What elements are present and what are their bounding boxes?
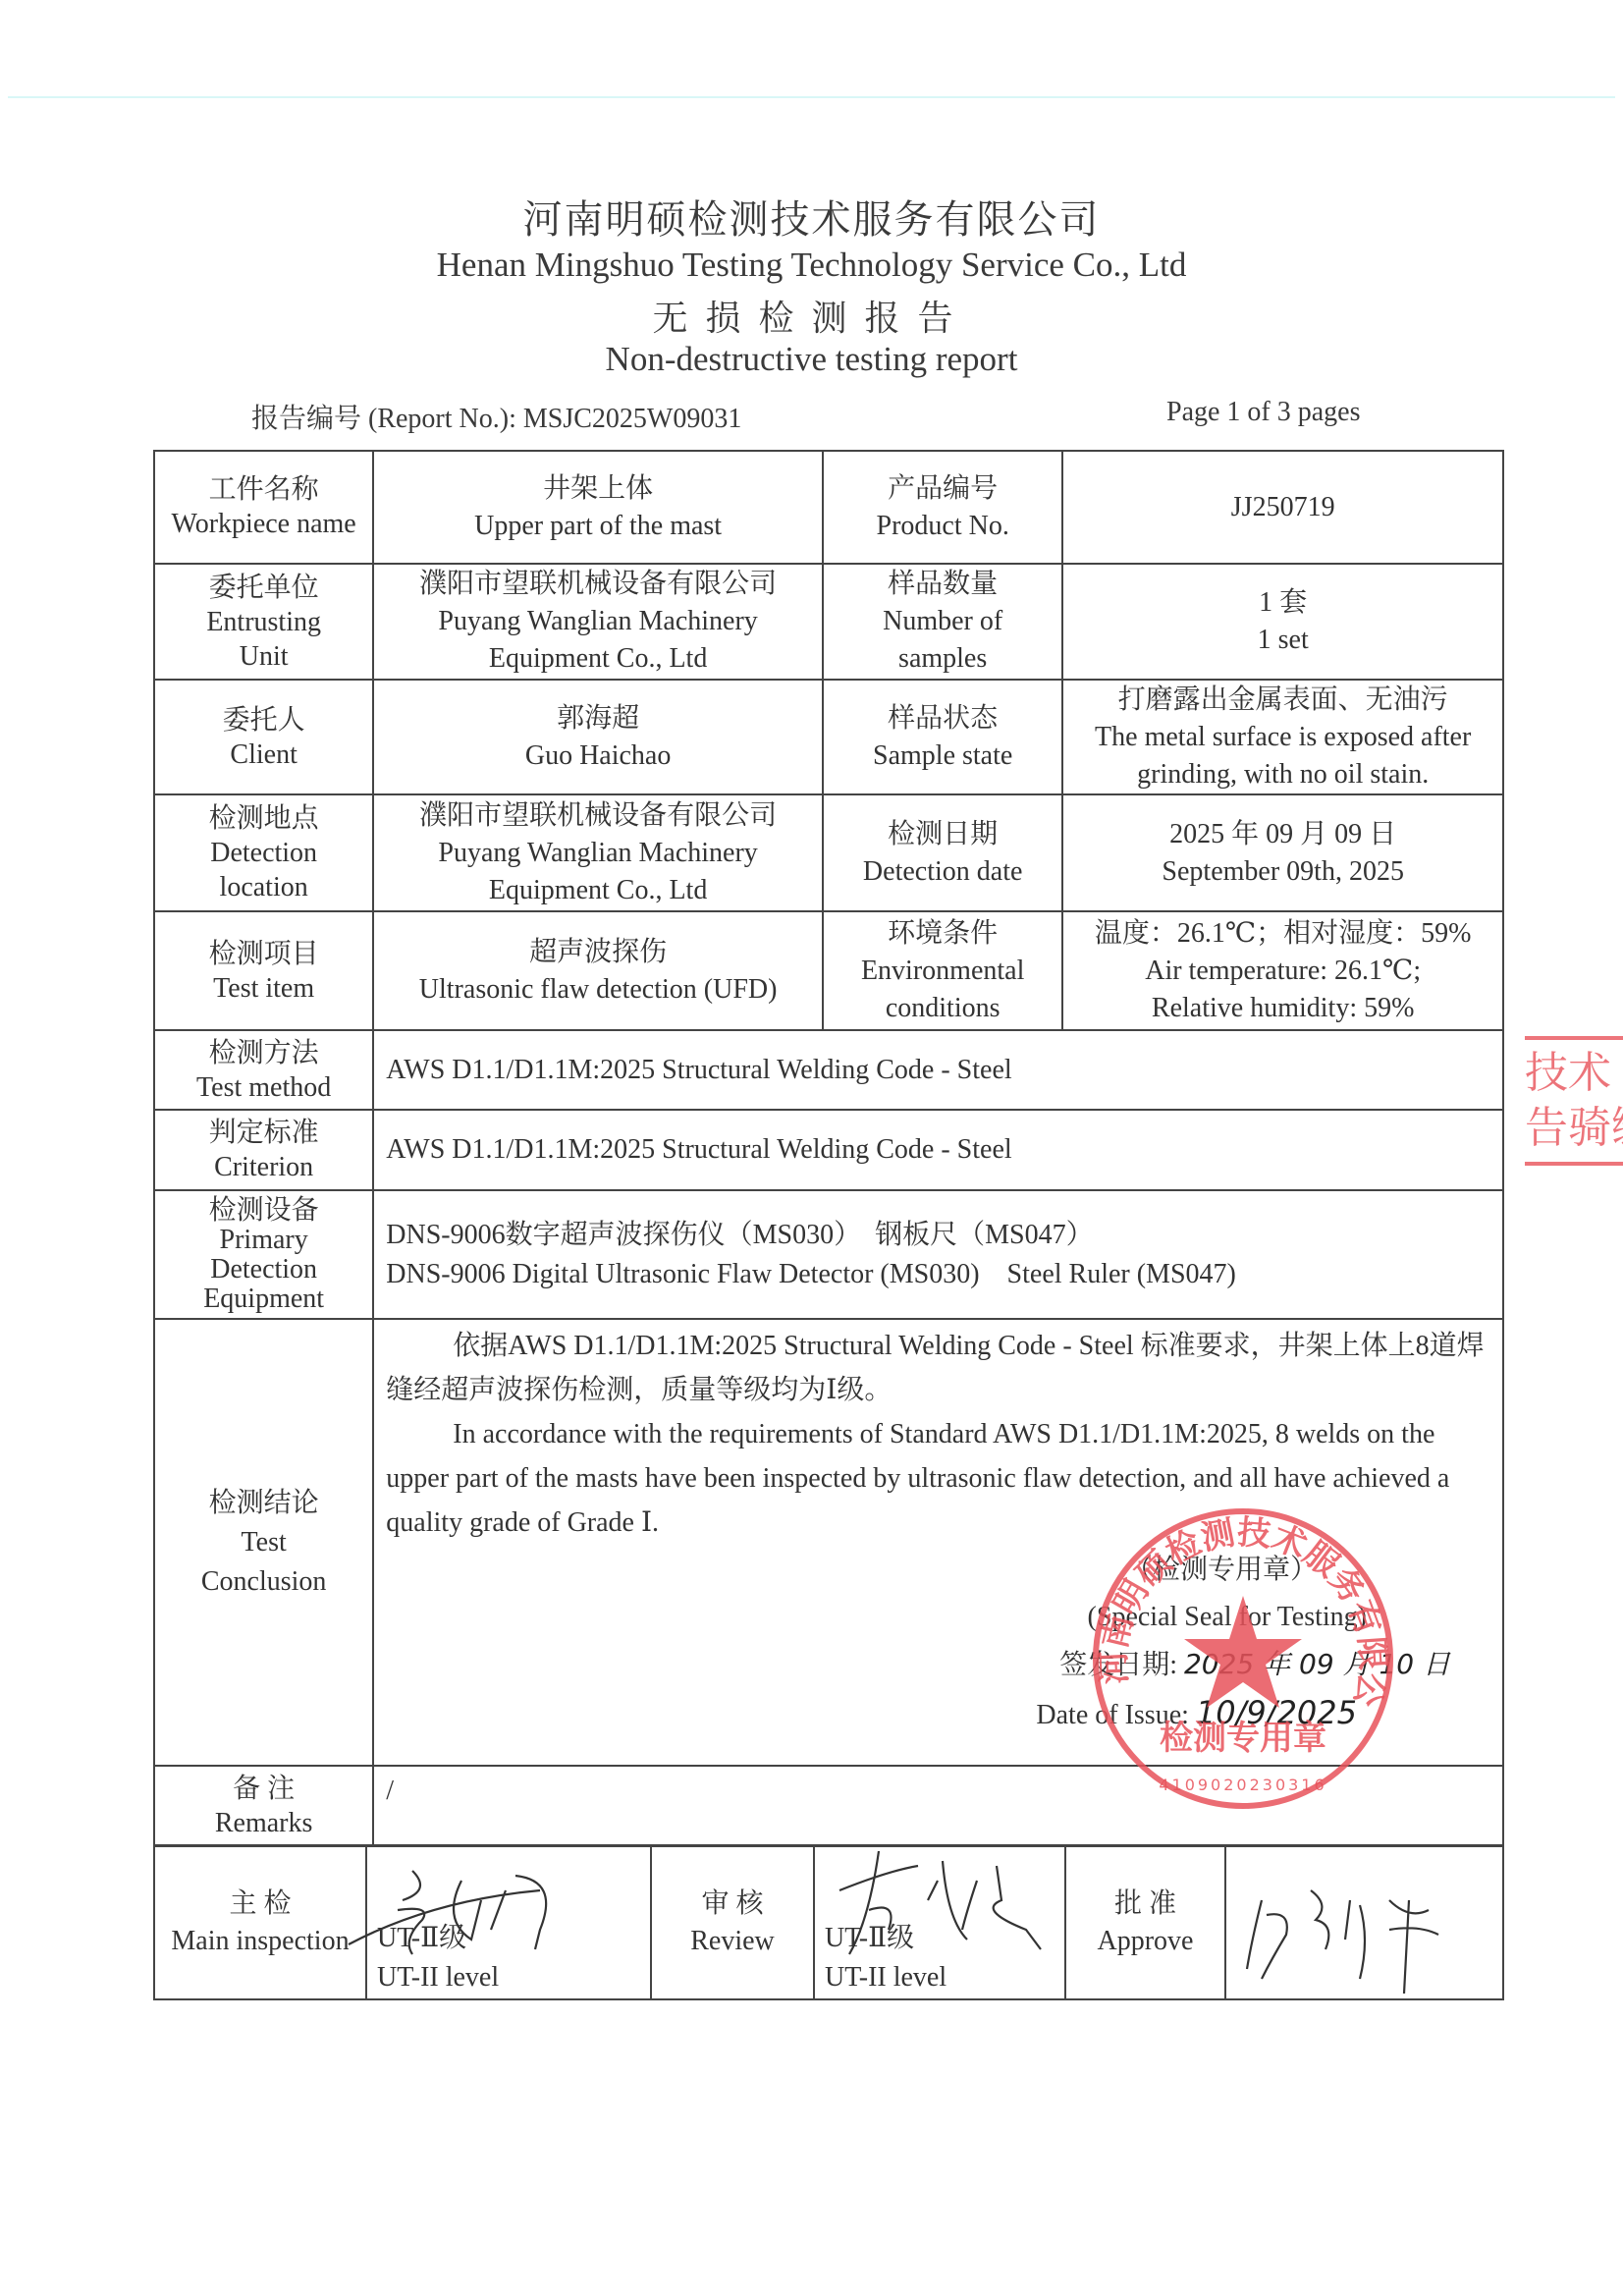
review-level: UT-Ⅱ级UT-II level (814, 1846, 1065, 1999)
client-value: 郭海超Guo Haichao (373, 680, 823, 794)
table-row: 委托单位Entrusting Unit 濮阳市望联机械设备有限公司Puyang … (154, 564, 1503, 680)
sample-count-label: 样品数量Number of samples (823, 564, 1062, 680)
sample-count-value: 1 套1 set (1062, 564, 1503, 680)
report-title-en: Non-destructive testing report (0, 340, 1623, 379)
detection-date-label: 检测日期Detection date (823, 794, 1062, 911)
detection-location-label: 检测地点Detection location (154, 794, 373, 911)
equipment-value: DNS-9006数字超声波探伤仪（MS030） 钢板尺（MS047）DNS-90… (373, 1190, 1503, 1319)
workpiece-label: 工件名称Workpiece name (154, 451, 373, 564)
table-row: 检测结论Test Conclusion 依据AWS D1.1/D1.1M:202… (154, 1319, 1503, 1766)
report-title-cn: 无损检测报告 (0, 291, 1623, 341)
report-table: 工件名称Workpiece name 井架上体Upper part of the… (153, 450, 1504, 1846)
detection-date-value: 2025 年 09 月 09 日September 09th, 2025 (1062, 794, 1503, 911)
criterion-value: AWS D1.1/D1.1M:2025 Structural Welding C… (373, 1110, 1503, 1190)
signature-row: 主 检Main inspection UT-Ⅱ级UT-II level 审 核R… (154, 1846, 1503, 1999)
sample-state-label: 样品状态Sample state (823, 680, 1062, 794)
criterion-label: 判定标准Criterion (154, 1110, 373, 1190)
product-no-value: JJ250719 (1062, 451, 1503, 564)
table-row: 检测地点Detection location 濮阳市望联机械设备有限公司Puya… (154, 794, 1503, 911)
report-number-value: MSJC2025W09031 (523, 404, 741, 434)
environment-value: 温度：26.1℃；相对湿度：59%Air temperature: 26.1℃;… (1062, 911, 1503, 1030)
main-inspection-label: 主 检Main inspection (154, 1846, 366, 1999)
remarks-value: / (373, 1766, 1503, 1845)
entrusting-unit-value: 濮阳市望联机械设备有限公司Puyang Wanglian Machinery E… (373, 564, 823, 680)
approve-label: 批 准Approve (1065, 1846, 1225, 1999)
table-row: 检测方法Test method AWS D1.1/D1.1M:2025 Stru… (154, 1030, 1503, 1110)
remarks-label: 备 注Remarks (154, 1766, 373, 1845)
test-method-value: AWS D1.1/D1.1M:2025 Structural Welding C… (373, 1030, 1503, 1110)
approve-signature-cell (1225, 1846, 1503, 1999)
test-item-value: 超声波探伤Ultrasonic flaw detection (UFD) (373, 911, 823, 1030)
company-name-cn: 河南明硕检测技术服务有限公司 (0, 189, 1623, 245)
conclusion-value: 依据AWS D1.1/D1.1M:2025 Structural Welding… (373, 1319, 1503, 1766)
equipment-label: 检测设备Primary Detection Equipment (154, 1190, 373, 1319)
test-method-label: 检测方法Test method (154, 1030, 373, 1110)
report-number-label: 报告编号 (Report No.): (251, 404, 516, 434)
seal-caption: （检测专用章） (Special Seal for Testing) 签发日期:… (386, 1547, 1485, 1739)
conclusion-text-en: In accordance with the requirements of S… (386, 1412, 1485, 1545)
table-row: 工件名称Workpiece name 井架上体Upper part of the… (154, 451, 1503, 564)
detection-location-value: 濮阳市望联机械设备有限公司Puyang Wanglian Machinery E… (373, 794, 823, 911)
sample-state-value: 打磨露出金属表面、无油污The metal surface is exposed… (1062, 680, 1503, 794)
signature-table: 主 检Main inspection UT-Ⅱ级UT-II level 审 核R… (153, 1845, 1504, 2000)
table-row: 委托人Client 郭海超Guo Haichao 样品状态Sample stat… (154, 680, 1503, 794)
table-row: 备 注Remarks / (154, 1766, 1503, 1845)
client-label: 委托人Client (154, 680, 373, 794)
report-number: 报告编号 (Report No.): MSJC2025W09031 (251, 397, 741, 436)
table-row: 检测项目Test item 超声波探伤Ultrasonic flaw detec… (154, 911, 1503, 1030)
issue-date-cn: 签发日期: 2025 年 09 月 10 日 (386, 1641, 1450, 1689)
cross-page-seal-fragment: 技术 告骑缝 (1525, 1036, 1623, 1191)
conclusion-label: 检测结论Test Conclusion (154, 1319, 373, 1766)
page-info: Page 1 of 3 pages (1166, 397, 1361, 428)
environment-label: 环境条件Environmental conditions (823, 911, 1062, 1030)
test-item-label: 检测项目Test item (154, 911, 373, 1030)
company-name-en: Henan Mingshuo Testing Technology Servic… (0, 246, 1623, 285)
main-inspection-level: UT-Ⅱ级UT-II level (366, 1846, 651, 1999)
issue-date-en: Date of Issue: 10/9/2025 (386, 1689, 1357, 1739)
table-row: 检测设备Primary Detection Equipment DNS-9006… (154, 1190, 1503, 1319)
table-row: 判定标准Criterion AWS D1.1/D1.1M:2025 Struct… (154, 1110, 1503, 1190)
scan-artifact-line (8, 96, 1615, 98)
workpiece-value: 井架上体Upper part of the mast (373, 451, 823, 564)
conclusion-text-cn: 依据AWS D1.1/D1.1M:2025 Structural Welding… (386, 1324, 1485, 1412)
product-no-label: 产品编号Product No. (823, 451, 1062, 564)
entrusting-unit-label: 委托单位Entrusting Unit (154, 564, 373, 680)
review-label: 审 核Review (651, 1846, 814, 1999)
